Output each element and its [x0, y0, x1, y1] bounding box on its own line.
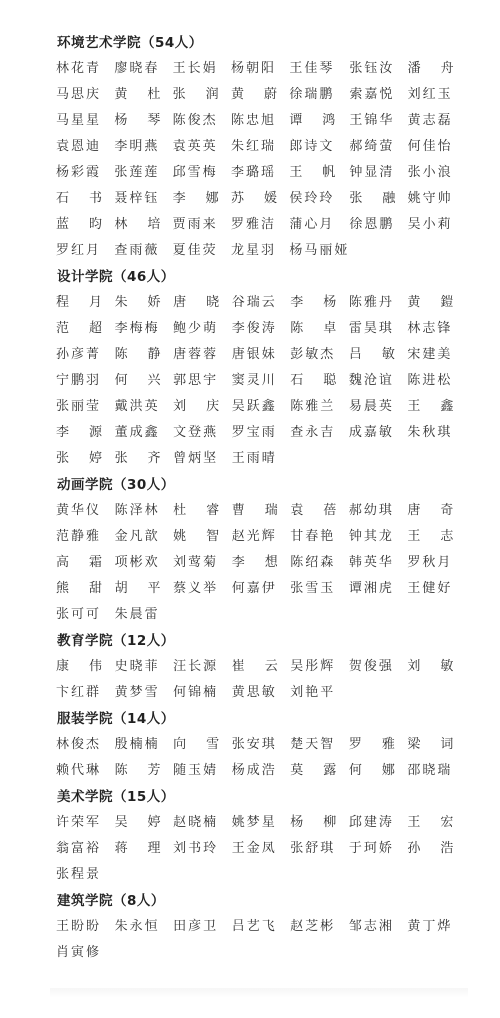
name-char: 宏: [440, 810, 453, 836]
student-name: 赵光辉: [232, 524, 291, 550]
student-name: 黄华仪: [56, 498, 115, 524]
student-name: 郎诗文: [289, 134, 349, 160]
student-name: 张舒琪: [290, 836, 349, 862]
name-char: 王: [407, 394, 420, 420]
student-name: 蒲心月: [289, 212, 349, 238]
student-name: 杨马丽娅: [289, 238, 349, 264]
student-name: 吴彤辉: [290, 654, 349, 680]
name-char: 刘: [407, 654, 420, 680]
student-name: 黄鎧: [407, 290, 453, 316]
student-name: 杨琴: [114, 108, 160, 134]
name-char: 静: [148, 342, 161, 368]
student-name: 李梅梅: [115, 316, 174, 342]
student-name: 陈俊杰: [173, 108, 231, 134]
college-section: 教育学院（12人）康伟史晓菲汪长源崔云吴彤辉贺俊强刘敏卞红群黄梦雪何锦楠黄思敏刘…: [56, 630, 466, 706]
student-name: 杜睿: [173, 498, 219, 524]
student-name: 谷瑞云: [232, 290, 291, 316]
student-name: 莫露: [290, 758, 336, 784]
student-name: 汪长源: [173, 654, 232, 680]
student-name: 贺俊强: [349, 654, 408, 680]
name-char: 胡: [115, 576, 128, 602]
name-char: 润: [206, 82, 219, 108]
student-name: 贾雨来: [173, 212, 231, 238]
student-name: 唐银妹: [232, 342, 291, 368]
student-name: 袁蓓: [290, 498, 336, 524]
name-char: 婷: [148, 810, 161, 836]
name-char: 齐: [148, 446, 161, 472]
name-char: 李: [232, 550, 245, 576]
name-char: 吴: [115, 810, 128, 836]
name-grid: 康伟史晓菲汪长源崔云吴彤辉贺俊强刘敏卞红群黄梦雪何锦楠黄思敏刘艳平: [56, 654, 466, 706]
student-name: 钟其龙: [349, 524, 408, 550]
student-name: 张丽莹: [56, 394, 115, 420]
name-char: 敏: [382, 342, 395, 368]
student-name: 随玉婧: [173, 758, 232, 784]
student-name: 袁恩迪: [56, 134, 114, 160]
student-name: 翁富裕: [56, 836, 115, 862]
student-name: 陈雅兰: [290, 394, 349, 420]
student-name: 张雪玉: [290, 576, 349, 602]
student-name: 邹志湘: [349, 914, 408, 940]
student-name: 黄蔚: [231, 82, 277, 108]
name-char: 蓝: [56, 212, 69, 238]
student-name: 黄丁烨: [407, 914, 466, 940]
name-char: 杨: [114, 108, 127, 134]
student-name: 鲍少萌: [173, 316, 232, 342]
name-char: 源: [89, 420, 102, 446]
student-name: 张小浪: [408, 160, 466, 186]
name-char: 杜: [147, 82, 160, 108]
name-char: 黄: [114, 82, 127, 108]
name-char: 帆: [322, 160, 335, 186]
student-name: 查雨薇: [114, 238, 172, 264]
student-name: 林俊杰: [56, 732, 115, 758]
student-name: 李想: [232, 550, 278, 576]
name-char: 词: [440, 732, 453, 758]
name-char: 蓓: [323, 498, 336, 524]
name-char: 陈: [115, 342, 128, 368]
name-char: 康: [56, 654, 69, 680]
student-name: 吴婷: [115, 810, 161, 836]
name-char: 蔚: [264, 82, 277, 108]
student-name: 何佳怡: [408, 134, 466, 160]
name-char: 伟: [89, 654, 102, 680]
student-name: 唐奇: [407, 498, 453, 524]
student-name: 徐瑞鹏: [289, 82, 349, 108]
student-name: 谭鸿: [289, 108, 335, 134]
student-name: 刘艳平: [290, 680, 349, 706]
student-name: 罗雅洁: [231, 212, 289, 238]
student-name: 谭湘虎: [349, 576, 408, 602]
name-char: 刘: [173, 394, 186, 420]
student-name: 罗秋月: [407, 550, 466, 576]
student-name: 张钰汝: [349, 56, 407, 82]
student-name: 邱雪梅: [173, 160, 231, 186]
name-char: 苏: [231, 186, 244, 212]
student-name: 黄梦雪: [115, 680, 174, 706]
name-char: 石: [290, 368, 303, 394]
name-char: 李: [173, 186, 186, 212]
name-char: 芳: [148, 758, 161, 784]
name-char: 鸿: [322, 108, 335, 134]
college-section: 环境艺术学院（54人）林花青廖晓春王长娟杨朝阳王佳琴张钰汝潘舟马思庆黄杜张润黄蔚…: [56, 32, 466, 264]
name-char: 婷: [89, 446, 102, 472]
student-name: 马星星: [56, 108, 114, 134]
student-name: 龙星羽: [231, 238, 289, 264]
student-name: 刘莺菊: [173, 550, 232, 576]
student-name: 邱建涛: [349, 810, 408, 836]
name-char: 敏: [440, 654, 453, 680]
name-char: 月: [89, 290, 102, 316]
student-name: 曹瑞: [232, 498, 278, 524]
name-char: 露: [323, 758, 336, 784]
name-grid: 林俊杰殷楠楠向雪张安琪楚天智罗雅梁词赖代琳陈芳随玉婧杨成浩莫露何娜邵晓瑞: [56, 732, 466, 784]
name-char: 晓: [206, 290, 219, 316]
student-name: 向雪: [173, 732, 219, 758]
student-name: 梁词: [407, 732, 453, 758]
student-name: 潘舟: [408, 56, 454, 82]
student-name: 彭敏杰: [290, 342, 349, 368]
student-name: 易晨英: [349, 394, 408, 420]
student-name: 许荣军: [56, 810, 115, 836]
student-name: 成嘉敏: [349, 420, 408, 446]
student-name: 蓝昀: [56, 212, 102, 238]
name-char: 娇: [148, 290, 161, 316]
student-name: 侯玲玲: [289, 186, 349, 212]
name-char: 琴: [147, 108, 160, 134]
name-char: 袁: [290, 498, 303, 524]
student-name: 李娜: [173, 186, 219, 212]
college-section: 设计学院（46人）程月朱娇唐晓谷瑞云李杨陈雅丹黄鎧范超李梅梅鲍少萌李俊涛陈卓雷昊…: [56, 266, 466, 472]
name-char: 书: [89, 186, 102, 212]
name-char: 李: [56, 420, 69, 446]
student-name: 张莲莲: [114, 160, 172, 186]
student-name: 肖寅修: [56, 940, 115, 966]
student-name: 李璐瑶: [231, 160, 289, 186]
student-name: 蒋理: [115, 836, 161, 862]
college-title: 环境艺术学院（54人）: [57, 32, 466, 54]
student-name: 张融: [349, 186, 395, 212]
student-name: 朱红瑞: [231, 134, 289, 160]
student-name: 赵芝彬: [290, 914, 349, 940]
student-name: 朱晨雷: [115, 602, 174, 628]
student-name: 陈绍森: [290, 550, 349, 576]
student-name: 吕敏: [349, 342, 395, 368]
student-name: 徐恩鹏: [349, 212, 407, 238]
name-char: 云: [265, 654, 278, 680]
student-name: 何兴: [115, 368, 161, 394]
name-char: 融: [382, 186, 395, 212]
student-name: 何娜: [349, 758, 395, 784]
student-name: 陈忠旭: [231, 108, 289, 134]
student-name: 高霜: [56, 550, 102, 576]
name-char: 杜: [173, 498, 186, 524]
student-name: 孙浩: [407, 836, 453, 862]
name-char: 雪: [206, 732, 219, 758]
student-name: 聂梓钰: [114, 186, 172, 212]
student-name: 吴小莉: [408, 212, 466, 238]
student-name: 赵晓楠: [173, 810, 232, 836]
student-name: 陈泽林: [115, 498, 174, 524]
student-name: 索嘉悦: [349, 82, 407, 108]
student-name: 韩英华: [349, 550, 408, 576]
name-char: 唐: [407, 498, 420, 524]
student-name: 黄思敏: [232, 680, 291, 706]
student-name: 罗宝雨: [232, 420, 291, 446]
student-name: 王健好: [407, 576, 466, 602]
student-name: 胡平: [115, 576, 161, 602]
student-name: 杨柳: [290, 810, 336, 836]
student-name: 熊甜: [56, 576, 102, 602]
student-name: 孙彦菁: [56, 342, 115, 368]
student-name: 苏媛: [231, 186, 277, 212]
student-name: 郝幼琪: [349, 498, 408, 524]
student-name: 程月: [56, 290, 102, 316]
student-name: 吴跃鑫: [232, 394, 291, 420]
name-char: 兴: [148, 368, 161, 394]
student-name: 楚天智: [290, 732, 349, 758]
name-char: 陈: [290, 316, 303, 342]
name-char: 梁: [407, 732, 420, 758]
name-char: 莫: [290, 758, 303, 784]
student-name: 王金凤: [232, 836, 291, 862]
award-list-document: 环境艺术学院（54人）林花青廖晓春王长娟杨朝阳王佳琴张钰汝潘舟马思庆黄杜张润黄蔚…: [56, 32, 466, 968]
student-name: 钟显清: [349, 160, 407, 186]
college-section: 服装学院（14人）林俊杰殷楠楠向雪张安琪楚天智罗雅梁词赖代琳陈芳随玉婧杨成浩莫露…: [56, 708, 466, 784]
student-name: 甘春艳: [290, 524, 349, 550]
name-char: 张: [349, 186, 362, 212]
student-name: 张可可: [56, 602, 115, 628]
student-name: 石书: [56, 186, 102, 212]
student-name: 王锦华: [349, 108, 407, 134]
student-name: 刘敏: [407, 654, 453, 680]
college-title: 设计学院（46人）: [57, 266, 466, 288]
name-char: 培: [147, 212, 160, 238]
name-char: 黄: [231, 82, 244, 108]
name-char: 潘: [408, 56, 421, 82]
name-char: 张: [115, 446, 128, 472]
student-name: 刘红玉: [408, 82, 466, 108]
name-char: 王: [407, 810, 420, 836]
name-char: 唐: [173, 290, 186, 316]
student-name: 张程景: [56, 862, 115, 888]
name-char: 超: [89, 316, 102, 342]
name-char: 舟: [441, 56, 454, 82]
student-name: 宋建美: [407, 342, 466, 368]
name-char: 雅: [382, 732, 395, 758]
student-name: 李俊涛: [232, 316, 291, 342]
name-char: 睿: [206, 498, 219, 524]
student-name: 陈静: [115, 342, 161, 368]
name-char: 熊: [56, 576, 69, 602]
student-name: 王宏: [407, 810, 453, 836]
college-section: 建筑学院（8人）王盼盼朱永恒田彦卫吕艺飞赵芝彬邹志湘黄丁烨肖寅修: [56, 890, 466, 966]
name-char: 柳: [323, 810, 336, 836]
name-char: 智: [206, 524, 219, 550]
student-name: 王志: [407, 524, 453, 550]
college-section: 动画学院（30人）黄华仪陈泽林杜睿曹瑞袁蓓郝幼琪唐奇范静雅金凡歆姚智赵光辉甘春艳…: [56, 474, 466, 628]
name-grid: 王盼盼朱永恒田彦卫吕艺飞赵芝彬邹志湘黄丁烨肖寅修: [56, 914, 466, 966]
student-name: 王佳琴: [289, 56, 349, 82]
student-name: 林培: [114, 212, 160, 238]
college-title: 动画学院（30人）: [57, 474, 466, 496]
student-name: 张齐: [115, 446, 161, 472]
student-name: 朱永恒: [115, 914, 174, 940]
student-name: 赖代琳: [56, 758, 115, 784]
student-name: 林志锋: [407, 316, 466, 342]
student-name: 史晓菲: [115, 654, 174, 680]
name-char: 张: [56, 446, 69, 472]
student-name: 崔云: [232, 654, 278, 680]
name-char: 罗: [349, 732, 362, 758]
name-char: 志: [440, 524, 453, 550]
name-char: 范: [56, 316, 69, 342]
student-name: 郭思宇: [173, 368, 232, 394]
student-name: 于珂娇: [349, 836, 408, 862]
student-name: 杨彩霞: [56, 160, 114, 186]
college-title: 服装学院（14人）: [57, 708, 466, 730]
student-name: 卞红群: [56, 680, 115, 706]
name-char: 平: [148, 576, 161, 602]
student-name: 何锦楠: [173, 680, 232, 706]
student-name: 范超: [56, 316, 102, 342]
student-name: 曾炳坚: [173, 446, 232, 472]
name-char: 吕: [349, 342, 362, 368]
student-name: 杨朝阳: [231, 56, 289, 82]
student-name: 杨成浩: [232, 758, 291, 784]
name-char: 孙: [407, 836, 420, 862]
student-name: 刘书玲: [173, 836, 232, 862]
student-name: 姚梦星: [232, 810, 291, 836]
student-name: 窦灵川: [232, 368, 291, 394]
college-title: 美术学院（15人）: [57, 786, 466, 808]
college-title: 教育学院（12人）: [57, 630, 466, 652]
name-char: 蒋: [115, 836, 128, 862]
name-char: 何: [349, 758, 362, 784]
student-name: 罗红月: [56, 238, 114, 264]
name-grid: 林花青廖晓春王长娟杨朝阳王佳琴张钰汝潘舟马思庆黄杜张润黄蔚徐瑞鹏索嘉悦刘红玉马星…: [56, 56, 466, 264]
student-name: 黄杜: [114, 82, 160, 108]
name-char: 林: [114, 212, 127, 238]
page-bottom-shadow: [50, 988, 468, 998]
name-char: 鑫: [440, 394, 453, 420]
student-name: 田彦卫: [173, 914, 232, 940]
name-grid: 程月朱娇唐晓谷瑞云李杨陈雅丹黄鎧范超李梅梅鲍少萌李俊涛陈卓雷昊琪林志锋孙彦菁陈静…: [56, 290, 466, 472]
student-name: 李源: [56, 420, 102, 446]
name-char: 谭: [289, 108, 302, 134]
name-char: 浩: [440, 836, 453, 862]
student-name: 马思庆: [56, 82, 114, 108]
name-char: 曹: [232, 498, 245, 524]
student-name: 魏沧谊: [349, 368, 408, 394]
student-name: 查永吉: [290, 420, 349, 446]
student-name: 王鑫: [407, 394, 453, 420]
name-char: 朱: [115, 290, 128, 316]
name-char: 鎧: [440, 290, 453, 316]
student-name: 陈卓: [290, 316, 336, 342]
student-name: 廖晓春: [114, 56, 172, 82]
student-name: 张润: [173, 82, 219, 108]
college-title: 建筑学院（8人）: [57, 890, 466, 912]
student-name: 朱娇: [115, 290, 161, 316]
name-char: 杨: [290, 810, 303, 836]
student-name: 殷楠楠: [115, 732, 174, 758]
college-section: 美术学院（15人）许荣军吴婷赵晓楠姚梦星杨柳邱建涛王宏翁富裕蒋理刘书玲王金凤张舒…: [56, 786, 466, 888]
student-name: 张安琪: [232, 732, 291, 758]
student-name: 王帆: [289, 160, 335, 186]
student-name: 张婷: [56, 446, 102, 472]
student-name: 袁英英: [173, 134, 231, 160]
student-name: 戴洪英: [115, 394, 174, 420]
student-name: 唐晓: [173, 290, 219, 316]
name-char: 奇: [440, 498, 453, 524]
name-char: 庆: [206, 394, 219, 420]
student-name: 何嘉伊: [232, 576, 291, 602]
name-char: 程: [56, 290, 69, 316]
name-char: 霜: [89, 550, 102, 576]
student-name: 姚守帅: [408, 186, 466, 212]
name-char: 高: [56, 550, 69, 576]
name-char: 王: [407, 524, 420, 550]
name-char: 媛: [264, 186, 277, 212]
name-char: 石: [56, 186, 69, 212]
student-name: 项彬欢: [115, 550, 174, 576]
name-grid: 黄华仪陈泽林杜睿曹瑞袁蓓郝幼琪唐奇范静雅金凡歆姚智赵光辉甘春艳钟其龙王志高霜项彬…: [56, 498, 466, 628]
name-char: 卓: [323, 316, 336, 342]
student-name: 金凡歆: [115, 524, 174, 550]
student-name: 邵晓瑞: [407, 758, 466, 784]
name-char: 甜: [89, 576, 102, 602]
student-name: 雷昊琪: [349, 316, 408, 342]
student-name: 宁鹏羽: [56, 368, 115, 394]
name-char: 向: [173, 732, 186, 758]
name-char: 姚: [173, 524, 186, 550]
student-name: 陈进松: [407, 368, 466, 394]
student-name: 吕艺飞: [232, 914, 291, 940]
student-name: 蔡义举: [173, 576, 232, 602]
name-char: 瑞: [265, 498, 278, 524]
student-name: 陈雅丹: [349, 290, 408, 316]
name-char: 黄: [407, 290, 420, 316]
student-name: 康伟: [56, 654, 102, 680]
student-name: 李杨: [290, 290, 336, 316]
name-char: 何: [115, 368, 128, 394]
name-char: 杨: [323, 290, 336, 316]
name-char: 昀: [89, 212, 102, 238]
name-char: 王: [289, 160, 302, 186]
name-char: 崔: [232, 654, 245, 680]
student-name: 石聪: [290, 368, 336, 394]
name-char: 娜: [206, 186, 219, 212]
name-char: 李: [290, 290, 303, 316]
student-name: 王长娟: [173, 56, 231, 82]
name-char: 陈: [115, 758, 128, 784]
name-grid: 许荣军吴婷赵晓楠姚梦星杨柳邱建涛王宏翁富裕蒋理刘书玲王金凤张舒琪于珂娇孙浩张程景: [56, 810, 466, 888]
student-name: 范静雅: [56, 524, 115, 550]
student-name: 林花青: [56, 56, 114, 82]
student-name: 董成鑫: [115, 420, 174, 446]
name-char: 想: [265, 550, 278, 576]
name-char: 聪: [323, 368, 336, 394]
student-name: 朱秋琪: [407, 420, 466, 446]
student-name: 郝绮萤: [349, 134, 407, 160]
student-name: 罗雅: [349, 732, 395, 758]
name-char: 娜: [382, 758, 395, 784]
student-name: 刘庆: [173, 394, 219, 420]
name-char: 张: [173, 82, 186, 108]
student-name: 王盼盼: [56, 914, 115, 940]
student-name: 王雨晴: [232, 446, 291, 472]
